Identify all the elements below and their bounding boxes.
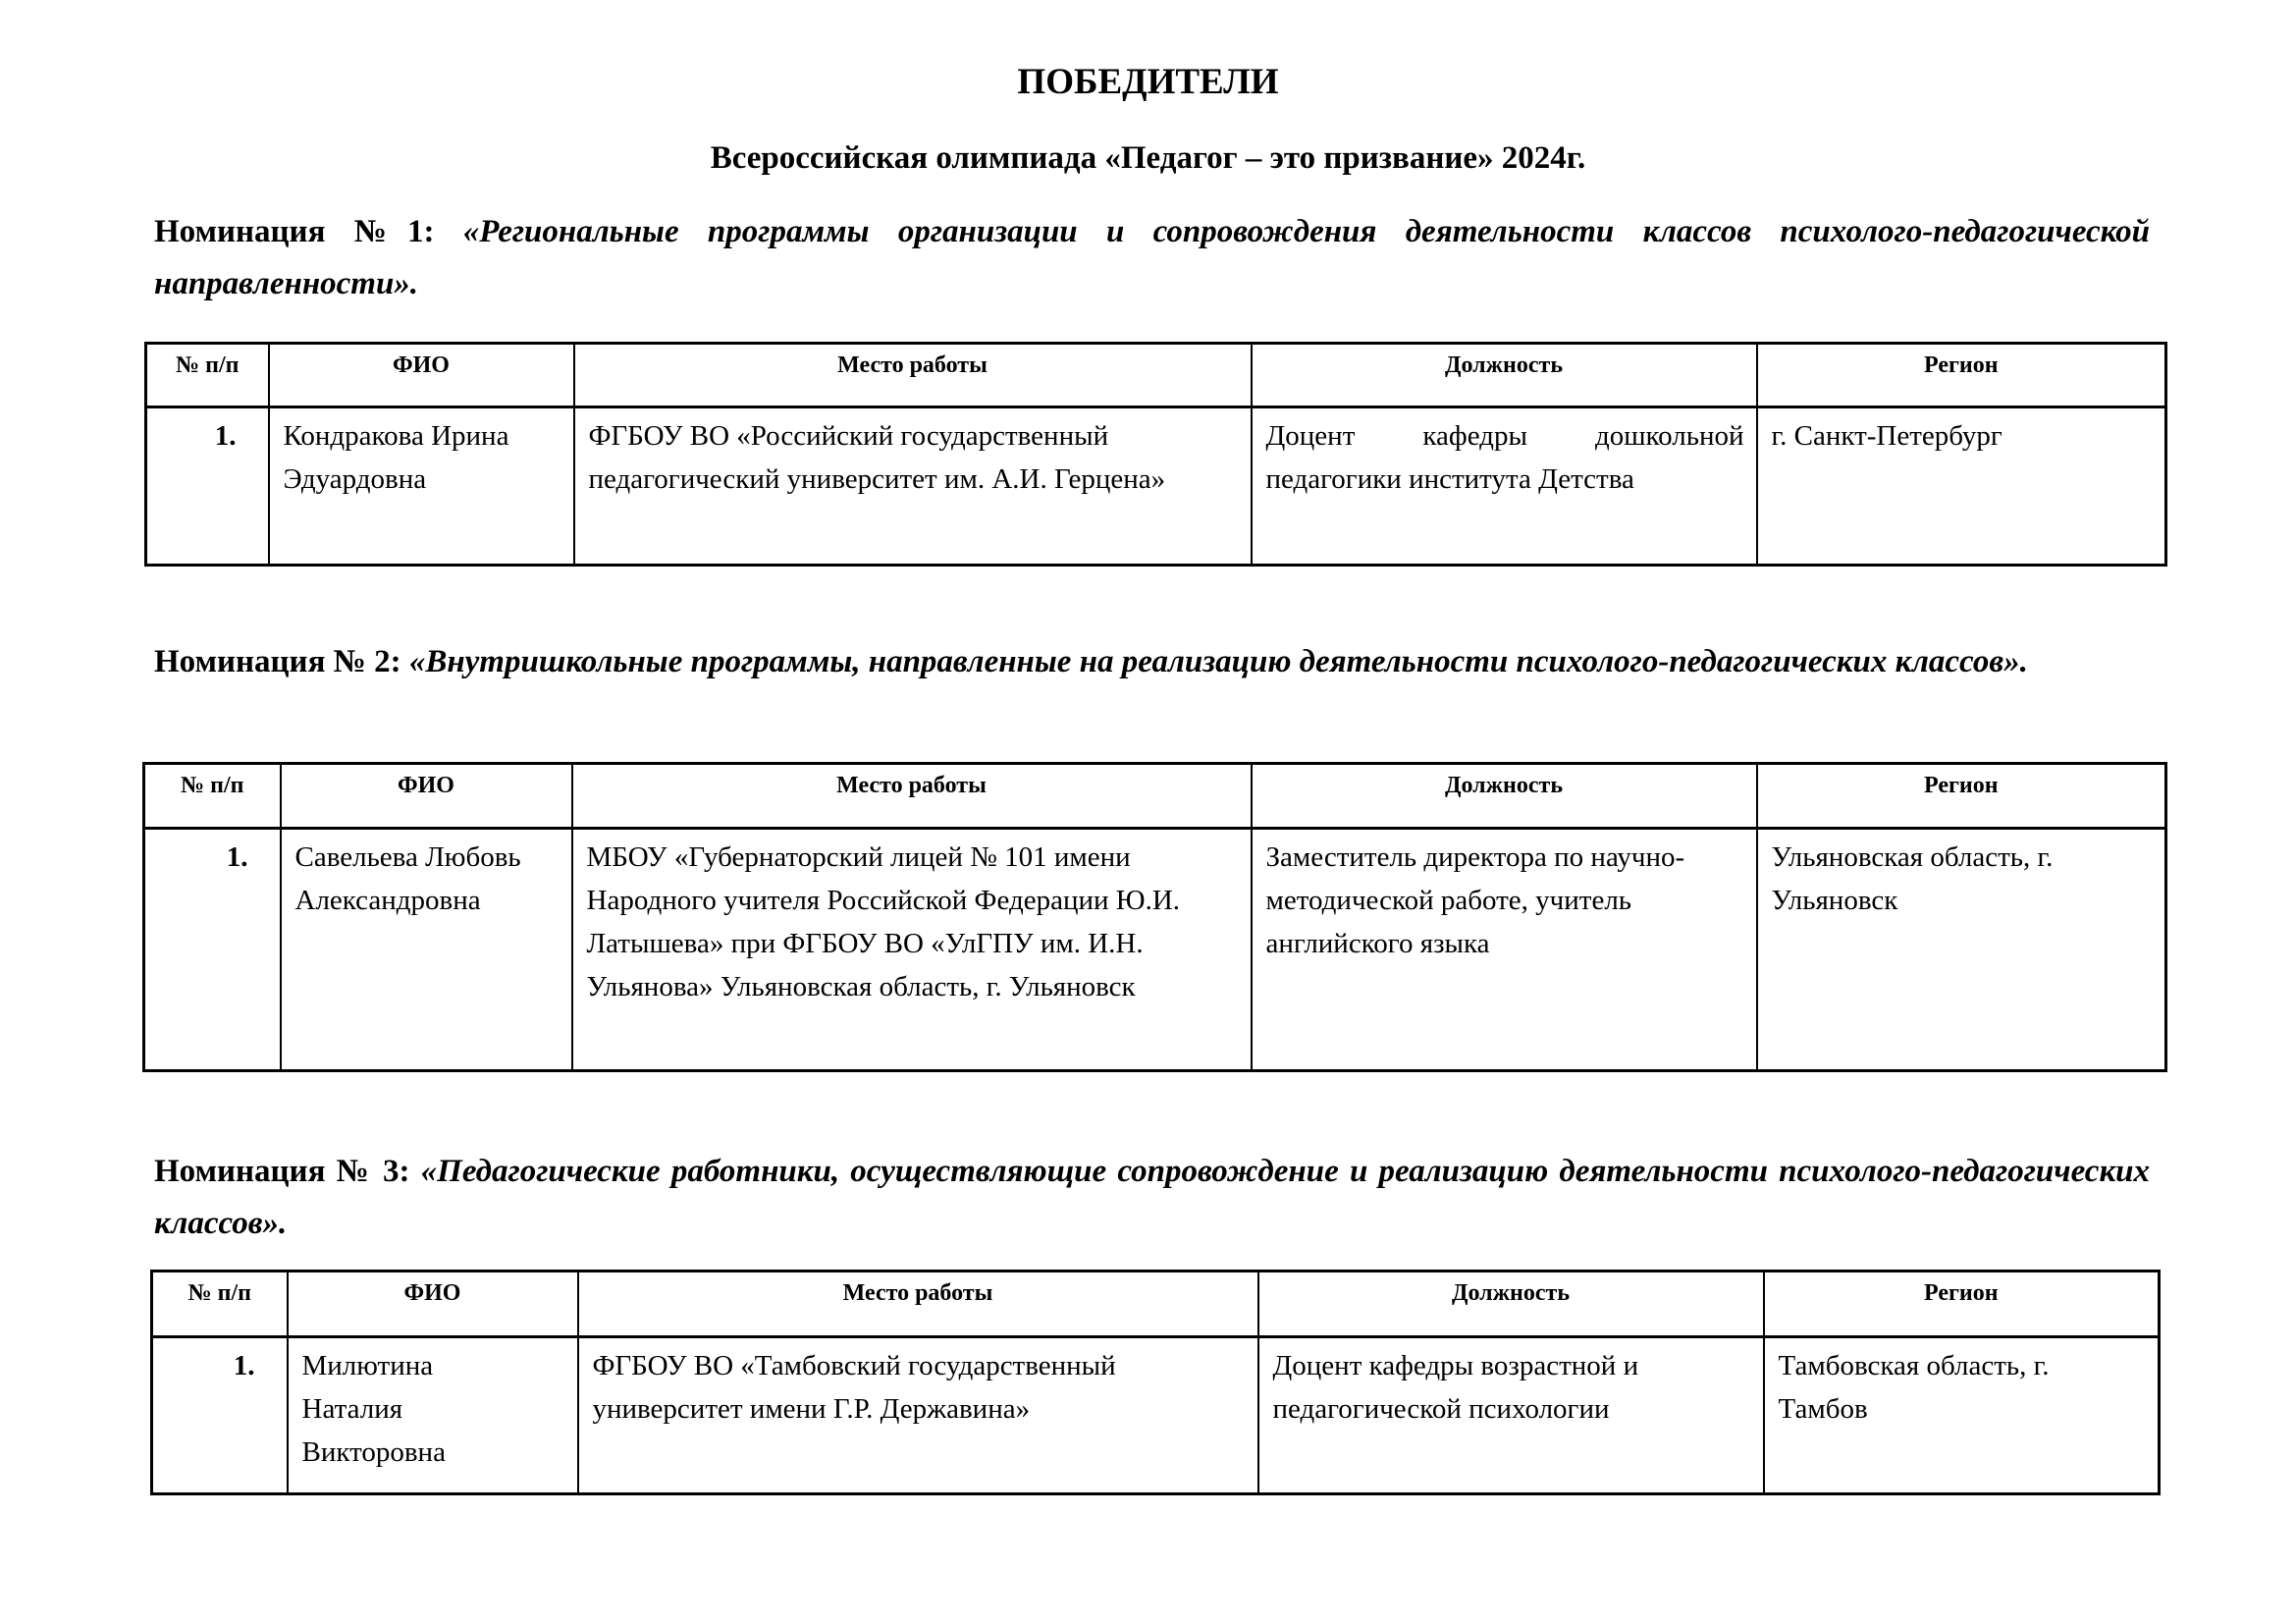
- cell-fio: Милютина Наталия Викторовна: [288, 1337, 578, 1494]
- table-row: 1. Милютина Наталия Викторовна ФГБОУ ВО …: [152, 1337, 2160, 1494]
- nomination-label: Номинация №1:: [154, 214, 434, 249]
- cell-workplace: ФГБОУ ВО «Российский государственный пед…: [574, 407, 1252, 566]
- header-position: Должность: [1252, 764, 1757, 829]
- nomination-3-heading: Номинация № 3: «Педагогические работники…: [154, 1146, 2150, 1250]
- cell-region: г. Санкт-Петербург: [1757, 407, 2166, 566]
- document-title: ПОБЕДИТЕЛИ: [0, 61, 2296, 103]
- header-fio: ФИО: [269, 344, 574, 407]
- cell-region: Тамбовская область, г. Тамбов: [1764, 1337, 2160, 1494]
- header-position: Должность: [1252, 344, 1757, 407]
- header-workplace: Место работы: [572, 764, 1252, 829]
- cell-workplace: ФГБОУ ВО «Тамбовский государственный уни…: [578, 1337, 1258, 1494]
- document-subtitle: Всероссийская олимпиада «Педагог – это п…: [0, 140, 2296, 177]
- nomination-1-heading: Номинация №1: «Региональные программы ор…: [154, 206, 2150, 310]
- nomination-text: «Внутришкольные программы, направленные …: [409, 644, 2028, 679]
- header-num: № п/п: [152, 1272, 288, 1337]
- cell-num: 1.: [144, 829, 281, 1071]
- cell-workplace: МБОУ «Губернаторский лицей № 101 имени Н…: [572, 829, 1252, 1071]
- cell-position: Доцент кафедры дошкольной педагогики инс…: [1252, 407, 1757, 566]
- cell-num: 1.: [152, 1337, 288, 1494]
- cell-fio: Савельева Любовь Александровна: [281, 829, 572, 1071]
- header-region: Регион: [1757, 764, 2166, 829]
- nomination-label: Номинация № 2:: [154, 644, 401, 679]
- nomination-2-table: № п/п ФИО Место работы Должность Регион …: [142, 762, 2167, 1072]
- nomination-text: «Педагогические работники, осуществляющи…: [154, 1154, 2150, 1241]
- nomination-2-heading: Номинация № 2: «Внутришкольные программы…: [154, 636, 2150, 688]
- header-position: Должность: [1258, 1272, 1764, 1337]
- header-fio: ФИО: [281, 764, 572, 829]
- header-workplace: Место работы: [574, 344, 1252, 407]
- cell-num: 1.: [146, 407, 269, 566]
- table-header-row: № п/п ФИО Место работы Должность Регион: [152, 1272, 2160, 1337]
- table-header-row: № п/п ФИО Место работы Должность Регион: [144, 764, 2166, 829]
- header-fio: ФИО: [288, 1272, 578, 1337]
- header-workplace: Место работы: [578, 1272, 1258, 1337]
- nomination-3-table: № п/п ФИО Место работы Должность Регион …: [150, 1270, 2161, 1495]
- cell-fio: Кондракова Ирина Эдуардовна: [269, 407, 574, 566]
- table-row: 1. Савельева Любовь Александровна МБОУ «…: [144, 829, 2166, 1071]
- cell-position: Заместитель директора по научно-методиче…: [1252, 829, 1757, 1071]
- table-row: 1. Кондракова Ирина Эдуардовна ФГБОУ ВО …: [146, 407, 2166, 566]
- cell-region: Ульяновская область, г. Ульяновск: [1757, 829, 2166, 1071]
- header-num: № п/п: [144, 764, 281, 829]
- table-header-row: № п/п ФИО Место работы Должность Регион: [146, 344, 2166, 407]
- header-num: № п/п: [146, 344, 269, 407]
- header-region: Регион: [1764, 1272, 2160, 1337]
- nomination-1-table: № п/п ФИО Место работы Должность Регион …: [144, 342, 2167, 567]
- cell-position: Доцент кафедры возрастной и педагогическ…: [1258, 1337, 1764, 1494]
- header-region: Регион: [1757, 344, 2166, 407]
- nomination-text: «Региональные программы организации и со…: [154, 214, 2150, 301]
- nomination-label: Номинация № 3:: [154, 1154, 409, 1189]
